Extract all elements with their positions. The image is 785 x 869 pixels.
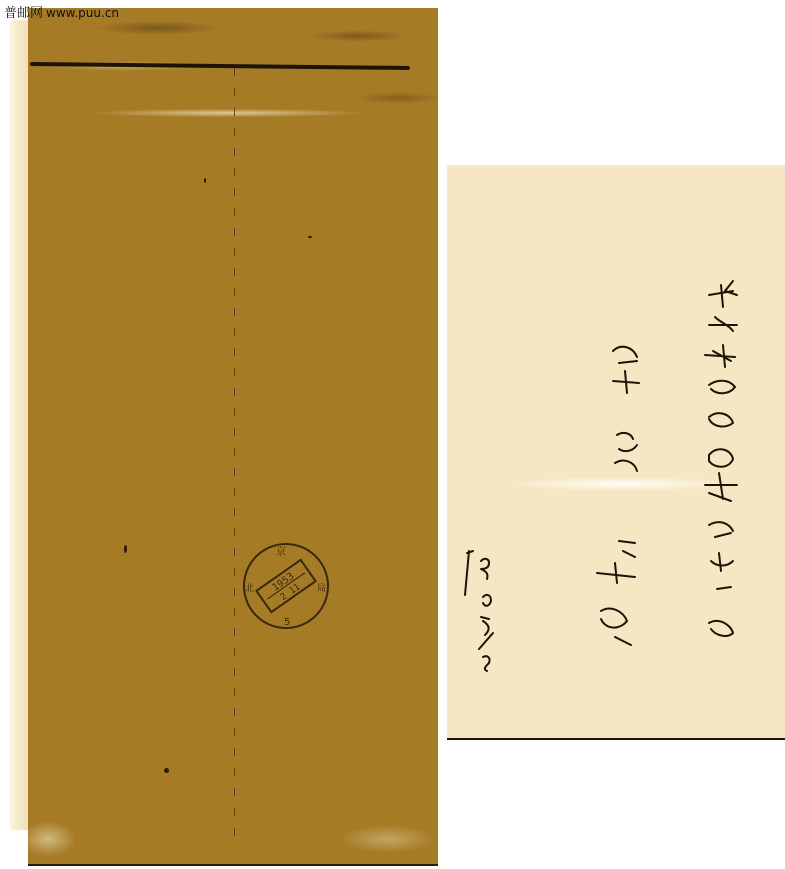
- envelope-wear: [28, 794, 438, 864]
- speck: [164, 768, 169, 773]
- handwriting-strokes: [447, 165, 785, 738]
- scan-edge-strip: [10, 20, 30, 830]
- watermark: 普邮网www.puu.cn: [4, 3, 119, 24]
- postmark-city: 京: [276, 545, 286, 558]
- watermark-url: www.puu.cn: [46, 6, 119, 20]
- speck: [308, 236, 312, 238]
- envelope-back: 1953 2 11 京 北 局 5: [28, 8, 438, 864]
- watermark-site-name: 普邮网: [4, 6, 43, 21]
- speck: [124, 545, 127, 553]
- speck: [204, 178, 206, 183]
- svg-text:5: 5: [284, 617, 290, 628]
- svg-text:局: 局: [317, 583, 326, 594]
- envelope-center-seam: [234, 68, 235, 848]
- handwritten-note: 1953/2/: [447, 165, 785, 740]
- postmark-stamp: 1953 2 11 京 北 局 5: [241, 541, 331, 631]
- svg-text:北: 北: [245, 582, 254, 594]
